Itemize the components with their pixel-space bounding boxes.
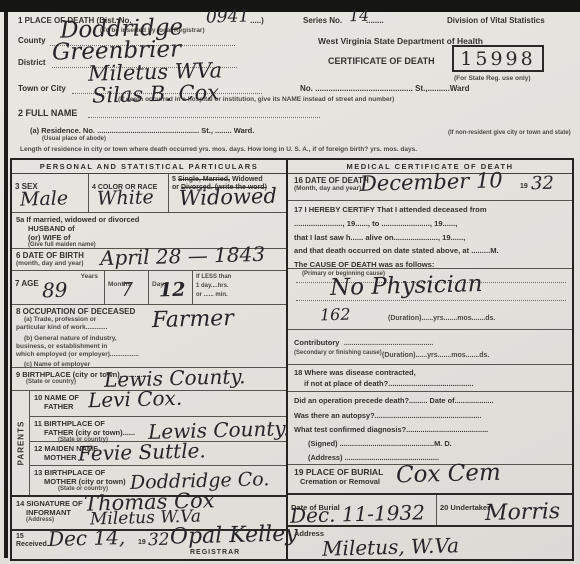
occupation-label: 8 OCCUPATION OF DECEASED <box>16 307 282 316</box>
received-year-printed: 19 <box>138 539 146 546</box>
street-ward-line: No. ....................................… <box>300 84 470 93</box>
burial-date-entry: Dec. 11-1932 <box>290 502 425 526</box>
burial-place-entry: Cox Cem <box>396 462 501 488</box>
age-row: 7 AGE Years 89 Months 7 Days 12 If LESS … <box>12 271 286 304</box>
age-months-entry: 7 <box>121 281 134 300</box>
q18-line2: if not at place of death?...............… <box>294 378 566 389</box>
fullname-entry: Silas B. Cox <box>92 82 220 106</box>
undertaker-cell: 20 Undertaker Morris <box>436 495 572 524</box>
spouse-line2: HUSBAND of <box>16 224 282 233</box>
certify-line4: and that death occurred on date stated a… <box>288 244 572 258</box>
certificate-paper: 1 PLACE OF DEATH (Dist. No. 0941 .....) … <box>0 0 580 564</box>
town-label: Town or City <box>18 84 66 93</box>
occupation-a-line1: (a) Trade, profession or <box>16 316 282 324</box>
received-year-entry: 32 <box>148 531 170 549</box>
primary-duration-line: (Duration)......yrs.......mos.......ds. <box>388 315 495 322</box>
place-of-burial-row: 19 PLACE OF BURIAL Cremation or Removal … <box>288 465 572 495</box>
undertaker-address-row: Address Miletus, W.Va <box>288 527 572 560</box>
district-number-entry: 0941 <box>206 8 250 26</box>
age-label: 7 AGE <box>15 279 39 288</box>
sex-cell: 3 SEX Male <box>12 174 88 212</box>
age-days-entry: 12 <box>159 281 186 301</box>
undertaker-entry: Morris <box>485 501 561 525</box>
certify-line3: that I last saw h...... alive on........… <box>288 231 572 245</box>
race-cell: 4 COLOR OR RACE White <box>88 174 168 212</box>
certify-row: 17 I HEREBY CERTIFY That I attended dece… <box>288 201 572 269</box>
dod-entry: December 10 <box>360 170 503 195</box>
spouse-line3: (or) WIFE of <box>16 233 282 242</box>
age-less-line3: or ...... min. <box>196 291 283 300</box>
medical-questions-row: Did an operation precede death?.........… <box>288 392 572 465</box>
disease-contracted-row: 18 Where was disease contracted, if not … <box>288 365 572 393</box>
father-birthplace-entry: Lewis County. <box>148 418 290 442</box>
length-of-residence-line: Length of residence in city or town wher… <box>20 146 417 153</box>
father-name-entry: Levi Cox. <box>88 388 183 410</box>
occupation-entry: Farmer <box>152 308 234 332</box>
cause-code-entry: 162 <box>320 307 351 324</box>
occupation-a-line2: particular kind of work............ <box>16 324 282 332</box>
series-label: Series No. <box>303 16 342 25</box>
certificate-number: 15998 <box>460 48 535 70</box>
contributory-label: Contributory <box>294 338 339 347</box>
contributory-duration-line: (Duration)......yrs.......mos.......ds. <box>382 352 489 359</box>
date-of-birth-row: 6 DATE OF BIRTH (month, day and year) Ap… <box>12 249 286 272</box>
place-of-death-trail: .....) <box>250 16 264 25</box>
q18-line1: 18 Where was disease contracted, <box>294 367 566 378</box>
county-label: County <box>18 36 46 45</box>
father-birthplace-row: 11 BIRTHPLACE OF FATHER (city or town)..… <box>30 417 286 442</box>
age-months-cell: Months 7 <box>104 271 148 303</box>
age-less-line1: If LESS than <box>196 273 283 282</box>
personal-column: PERSONAL AND STATISTICAL PARTICULARS 3 S… <box>12 160 288 559</box>
main-form-grid: PERSONAL AND STATISTICAL PARTICULARS 3 S… <box>10 158 574 561</box>
undertaker-label: 20 Undertaker <box>440 503 490 512</box>
parents-group: PARENTS 10 NAME OF FATHER Levi Cox. 11 B… <box>12 391 286 497</box>
certificate-title: CERTIFICATE OF DEATH <box>328 56 435 66</box>
undertaker-address-entry: Miletus, W.Va <box>322 535 459 559</box>
spouse-line1: 5a If married, widowed or divorced <box>16 215 282 224</box>
certify-line1: 17 I HEREBY CERTIFY That I attended dece… <box>288 203 572 217</box>
series-trail: ........ <box>366 16 384 25</box>
age-less-than-day-cell: If LESS than 1 day....hrs. or ...... min… <box>192 271 286 303</box>
scan-top-bar <box>0 0 580 12</box>
state-reg-note: (For State Reg. use only) <box>454 75 531 82</box>
division-title: Division of Vital Statistics <box>447 16 545 25</box>
received-row: 15 Received. Dec 14, 19 32 Opal Kelley R… <box>12 531 286 559</box>
sex-race-marital-row: 3 SEX Male 4 COLOR OR RACE White 5 Singl… <box>12 174 286 213</box>
cause-dotted-line2 <box>296 289 566 301</box>
district-label: District <box>18 58 46 67</box>
test-question: What test confirmed diagnosis?..........… <box>288 423 572 437</box>
scan-left-edge <box>4 12 8 558</box>
abode-note: (Usual place of abode) <box>42 136 106 142</box>
contributory-row: Contributory ...........................… <box>288 330 572 364</box>
parents-vertical-label-cell: PARENTS <box>12 391 30 495</box>
age-less-line2: 1 day....hrs. <box>196 282 283 291</box>
race-entry: White <box>97 188 154 208</box>
mother-name-entry: Fevie Suttle. <box>78 440 206 463</box>
fullname-label: 2 FULL NAME <box>18 108 77 118</box>
age-days-cell: Days 12 <box>148 271 192 303</box>
age-years-entry: 89 <box>42 280 68 301</box>
certify-line2: ......................., 19......, to ..… <box>288 217 572 231</box>
registrar-signature-entry: Opal Kelley <box>170 523 298 548</box>
certificate-number-stamp: 15998 <box>452 45 544 72</box>
received-date-entry: Dec 14, <box>48 527 126 549</box>
occupation-b-line3: which employed (or employer)............… <box>16 351 282 359</box>
marital-entry: Widowed <box>179 185 277 209</box>
parents-rows: 10 NAME OF FATHER Levi Cox. 11 BIRTHPLAC… <box>30 391 286 495</box>
occupation-row: 8 OCCUPATION OF DECEASED (a) Trade, prof… <box>12 305 286 368</box>
sex-entry: Male <box>20 189 69 209</box>
mother-name-row: 12 MAIDEN NAME MOTHER Fevie Suttle. <box>30 442 286 466</box>
dob-entry: April 28 — 1843 <box>100 244 265 268</box>
contributory-dots: ........................................… <box>344 340 433 347</box>
dod-year-entry: 32 <box>531 174 554 193</box>
burial-date-cell: Date of Burial Dec. 11-1932 <box>288 495 436 524</box>
medical-column: MEDICAL CERTIFICATE OF DEATH 16 DATE OF … <box>288 160 572 559</box>
dod-year-printed: 19 <box>520 183 528 190</box>
registrar-label: REGISTRAR <box>190 549 240 556</box>
marital-struck-words: Single, Married, <box>178 176 230 183</box>
parents-label: PARENTS <box>16 421 25 466</box>
nonresident-note: (If non-resident give city or town and s… <box>448 130 571 136</box>
occupation-b-line1: (b) General nature of industry, <box>16 335 282 343</box>
operation-question: Did an operation precede death?.........… <box>288 394 572 408</box>
burial-date-undertaker-row: Date of Burial Dec. 11-1932 20 Undertake… <box>288 495 572 526</box>
primary-cause-row: (Primary or beginning cause) No Physicia… <box>288 269 572 330</box>
marital-cell: 5 Single, Married, Widowed or Divorced. … <box>168 174 286 212</box>
marital-options-line1: 5 Single, Married, Widowed <box>172 176 283 185</box>
father-name-row: 10 NAME OF FATHER Levi Cox. <box>30 391 286 416</box>
autopsy-question: Was there an autopsy?...................… <box>288 409 572 423</box>
personal-section-title: PERSONAL AND STATISTICAL PARTICULARS <box>12 160 286 174</box>
residence-line: (a) Residence. No. .....................… <box>30 126 254 135</box>
marital-number: 5 <box>172 176 176 183</box>
date-of-death-row: 16 DATE OF DEATH (Month, day and year) D… <box>288 174 572 202</box>
signed-line: (Signed) ...............................… <box>288 437 572 451</box>
marital-kept-word: Widowed <box>232 176 263 183</box>
age-years-cell: 7 AGE Years 89 <box>12 271 104 303</box>
occupation-b-line2: business, or establishment in <box>16 343 282 351</box>
age-years-label: Years <box>81 273 98 280</box>
